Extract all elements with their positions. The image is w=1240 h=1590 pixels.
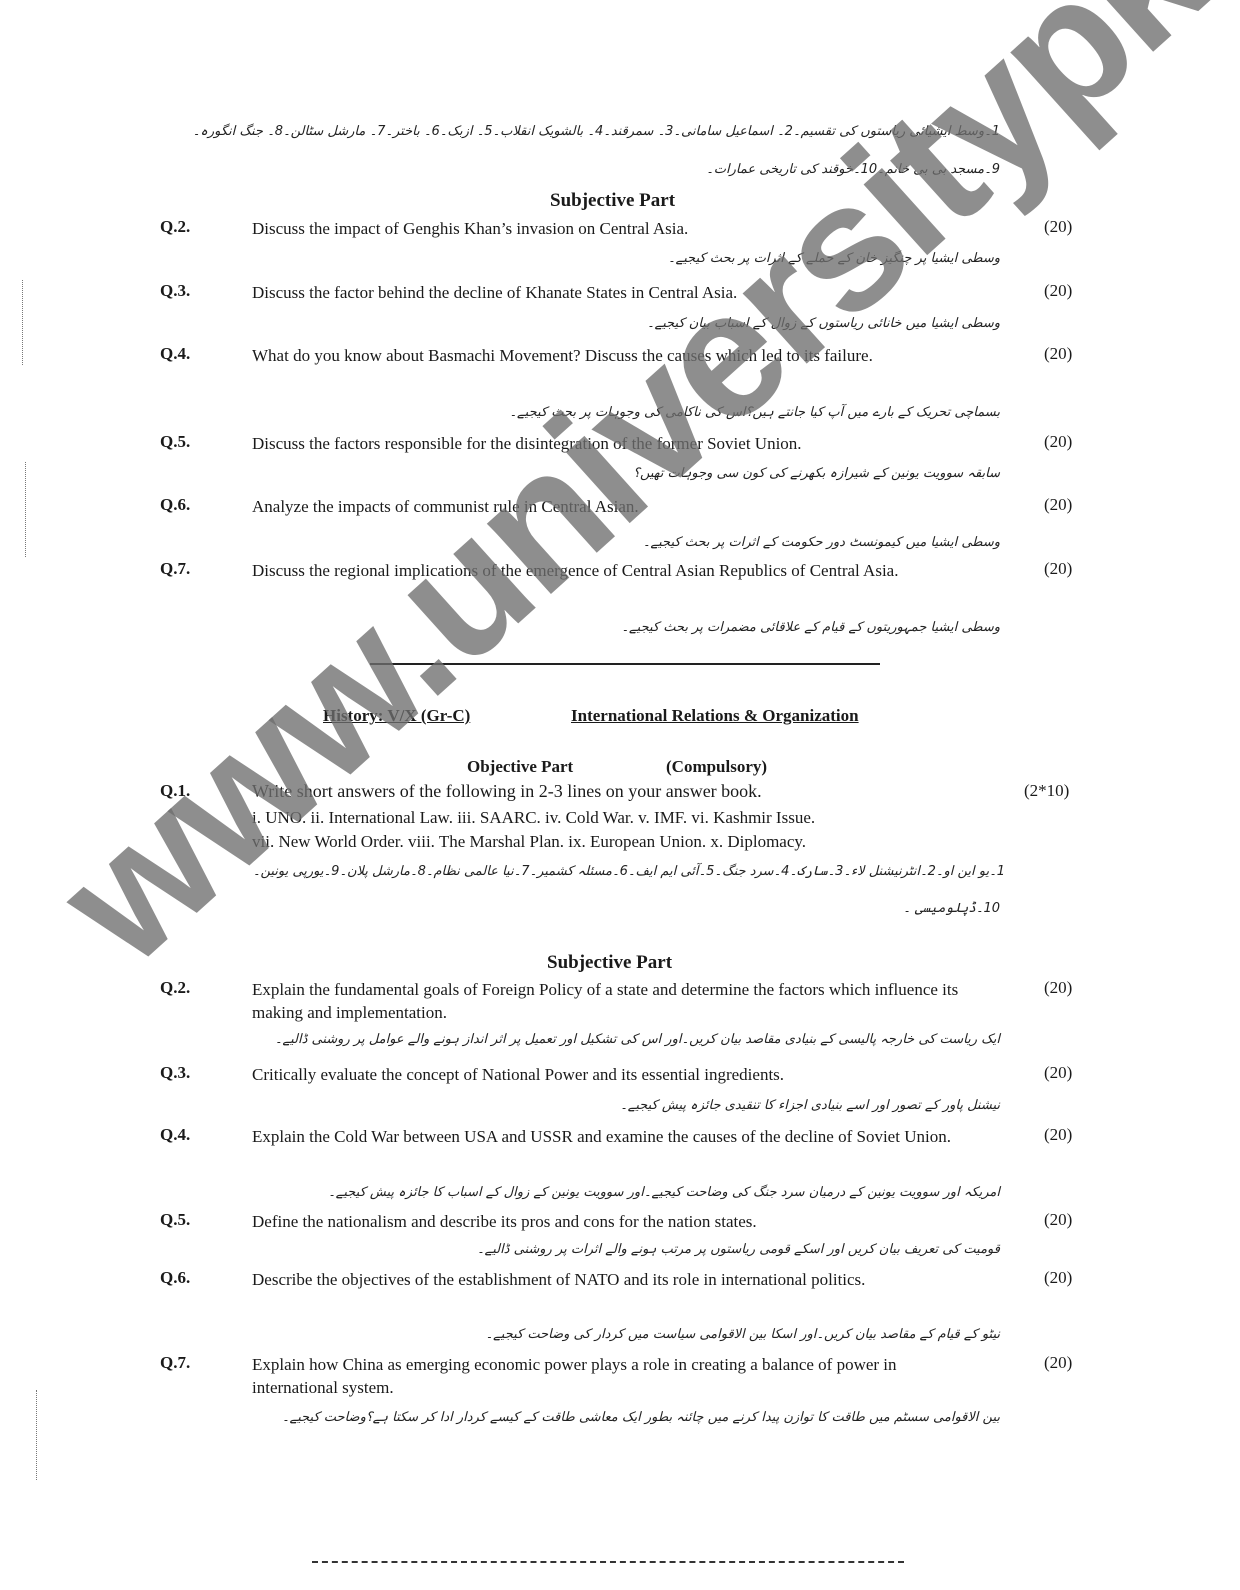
question-urdu: وسطی ایشیا جمہوریتوں کے قیام کے علاقائی … <box>621 620 1000 635</box>
question-marks: (20) <box>1044 559 1072 579</box>
question-number: Q.7. <box>160 559 190 579</box>
objective-urdu-line-2: 10۔ڈپلومیسی ۔ <box>903 901 1000 916</box>
question-marks: (20) <box>1044 495 1072 515</box>
question-text: Define the nationalism and describe its … <box>252 1210 992 1233</box>
question-marks: (20) <box>1044 1063 1072 1083</box>
question-marks: (20) <box>1044 1210 1072 1230</box>
compulsory-label: (Compulsory) <box>666 757 767 777</box>
question-urdu: نیٹو کے قیام کے مقاصد بیان کریں۔اور اسکا… <box>486 1327 1000 1342</box>
paper-code: History: V/X (Gr-C) <box>323 706 470 726</box>
question-marks: (20) <box>1044 1125 1072 1145</box>
question-marks: (20) <box>1044 281 1072 301</box>
question-urdu: ایک ریاست کی خارجہ پالیسی کے بنیادی مقاص… <box>275 1032 1000 1047</box>
question-urdu: وسطی ایشیا میں کیمونسٹ دور حکومت کے اثرا… <box>643 535 1000 550</box>
question-number: Q.2. <box>160 978 190 998</box>
question-number: Q.5. <box>160 1210 190 1230</box>
question-marks: (20) <box>1044 344 1072 364</box>
margin-scan-mark <box>22 280 23 365</box>
paper-title: International Relations & Organization <box>571 706 859 726</box>
question-number: Q.3. <box>160 281 190 301</box>
question-number: Q.4. <box>160 1125 190 1145</box>
question-number: Q.4. <box>160 344 190 364</box>
question-urdu: نیشنل پاور کے تصور اور اسے بنیادی اجزاء … <box>620 1098 1000 1113</box>
question-marks: (20) <box>1044 1268 1072 1288</box>
question-urdu: وسطی ایشیا میں خانائی ریاستوں کے زوال کے… <box>647 316 1000 331</box>
question-text: Explain how China as emerging economic p… <box>252 1353 982 1399</box>
question-text: Explain the fundamental goals of Foreign… <box>252 978 972 1024</box>
margin-scan-mark <box>25 462 26 557</box>
question-number: Q.6. <box>160 1268 190 1288</box>
question-marks: (20) <box>1044 978 1072 998</box>
section-divider <box>370 663 880 665</box>
exam-paper-page: 1۔وسط ایشیائی ریاستوں کی تقسیم۔2۔ اسماعی… <box>0 0 1240 1590</box>
question-number: Q.3. <box>160 1063 190 1083</box>
question-text: Discuss the regional implications of the… <box>252 559 952 582</box>
objective-urdu-line-2: 9۔مسجد بی بی خانم۔10۔خوقند کی تاریخی عما… <box>706 162 1000 177</box>
question-text: Discuss the factors responsible for the … <box>252 432 992 455</box>
question-text: Analyze the impacts of communist rule in… <box>252 495 992 518</box>
objective-urdu-line-1: 1۔یو این او۔2۔انٹرنیشنل لاء۔3۔سارک۔4۔سرد… <box>253 864 1005 879</box>
question-text: Explain the Cold War between USA and USS… <box>252 1125 1012 1148</box>
question-text: Discuss the factor behind the decline of… <box>252 281 992 304</box>
question-text: Critically evaluate the concept of Natio… <box>252 1063 992 1086</box>
question-number: Q.6. <box>160 495 190 515</box>
margin-scan-mark <box>36 1390 37 1480</box>
question-text: What do you know about Basmachi Movement… <box>252 344 962 367</box>
question-urdu: قومیت کی تعریف بیان کریں اور اسکے قومی ر… <box>477 1242 1000 1257</box>
question-text: Describe the objectives of the establish… <box>252 1268 952 1291</box>
question-urdu: امریکہ اور سوویت یونین کے درمیان سرد جنگ… <box>328 1185 1000 1200</box>
question-urdu: بین الاقوامی سسٹم میں طاقت کا توازن پیدا… <box>282 1410 1000 1425</box>
short-answer-items-line-1: i. UNO. ii. International Law. iii. SAAR… <box>252 806 1012 829</box>
question-urdu: بسماچی تحریک کے بارے میں آپ کیا جانتے ہی… <box>509 405 1000 420</box>
question-number: Q.5. <box>160 432 190 452</box>
question-text: Write short answers of the following in … <box>252 780 992 803</box>
subjective-part-heading-2: Subjective Part <box>547 952 672 974</box>
subjective-part-heading-1: Subjective Part <box>550 190 675 212</box>
objective-part-heading: Objective Part <box>467 757 573 777</box>
end-divider <box>312 1561 904 1563</box>
short-answer-items-line-2: vii. New World Order. viii. The Marshal … <box>252 830 1012 853</box>
question-marks: (20) <box>1044 1353 1072 1373</box>
question-number: Q.1. <box>160 781 190 801</box>
question-number: Q.7. <box>160 1353 190 1373</box>
question-marks: (20) <box>1044 217 1072 237</box>
question-marks: (20) <box>1044 432 1072 452</box>
objective-urdu-line-1: 1۔وسط ایشیائی ریاستوں کی تقسیم۔2۔ اسماعی… <box>193 124 1000 139</box>
question-text: Discuss the impact of Genghis Khan’s inv… <box>252 217 992 240</box>
question-number: Q.2. <box>160 217 190 237</box>
question-marks: (2*10) <box>1024 781 1069 801</box>
question-urdu: وسطی ایشیا پر چنگیز خان کے حملے کے اثرات… <box>668 251 1000 266</box>
question-urdu: سابقہ سوویت یونین کے شیرازہ بکھرنے کی کو… <box>633 466 1000 481</box>
